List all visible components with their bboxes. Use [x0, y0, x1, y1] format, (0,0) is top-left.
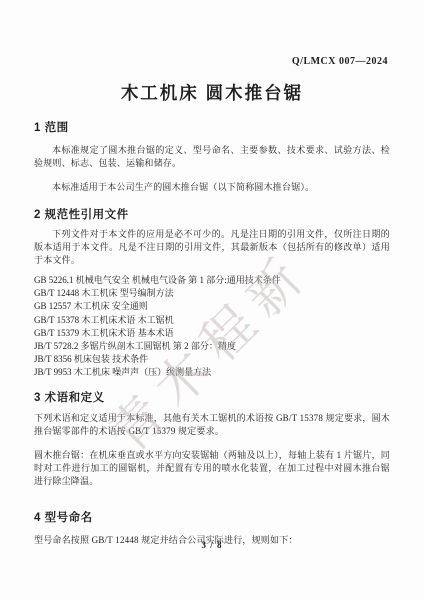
reference-item: GB 5226.1 机械电气安全 机械电气设备 第 1 部分:通用技术条件: [34, 274, 390, 287]
reference-item: JB/T 5728.2 多锯片纵剖木工圆锯机 第 2 部分：精度: [34, 340, 390, 353]
section-heading-references: 2 规范性引用文件: [34, 206, 390, 222]
doc-number: Q/LMCX 007—2024: [34, 56, 390, 67]
document-page: 青木程新 Q/LMCX 007—2024 木工机床 圆木推台锯 1 范围 本标准…: [0, 0, 424, 600]
paragraph: 下列文件对于本文件的应用是必不可少的。凡是注日期的引用文件，仅所注日期的版本适用…: [34, 228, 390, 267]
reference-item: GB 12557 木工机床 安全通则: [34, 300, 390, 313]
paragraph: 下列术语和定义适用于本标准，其他有关木工锯机的术语按 GB/T 15378 规定…: [34, 412, 390, 438]
section-terms-definitions: 3 术语和定义 下列术语和定义适用于本标准，其他有关木工锯机的术语按 GB/T …: [34, 389, 390, 488]
reference-item: GB/T 12448 木工机床 型号编制方法: [34, 287, 390, 300]
reference-item: JB/T 8356 机床包装 技术条件: [34, 353, 390, 366]
section-normative-references: 2 规范性引用文件 下列文件对于本文件的应用是必不可少的。凡是注日期的引用文件，…: [34, 206, 390, 380]
section-heading-scope: 1 范围: [34, 119, 390, 135]
doc-title: 木工机床 圆木推台锯: [34, 80, 390, 105]
paragraph: 圆木推台锯：在机床垂直或水平方向安装锯轴（两轴及以上），每轴上装有 1 片锯片，…: [34, 449, 390, 488]
reference-item: GB/T 15379 木工机床术语 基本术语: [34, 327, 390, 340]
paragraph: 本标准规定了圆木推台锯的定义、型号命名、主要参数、技术要求、试验方法、检验规则、…: [34, 144, 390, 170]
section-heading-terms: 3 术语和定义: [34, 389, 390, 405]
reference-item: GB/T 15378 木工机床术语 木工锯机: [34, 314, 390, 327]
paragraph: 本标准适用于本公司生产的圆木推台锯（以下简称圆木推台锯）。: [34, 181, 390, 194]
page-number: 3 / 8: [0, 540, 424, 550]
section-heading-model: 4 型号命名: [34, 509, 390, 525]
section-scope: 1 范围 本标准规定了圆木推台锯的定义、型号命名、主要参数、技术要求、试验方法、…: [34, 119, 390, 194]
reference-list: GB 5226.1 机械电气安全 机械电气设备 第 1 部分:通用技术条件 GB…: [34, 274, 390, 380]
reference-item: JB/T 9953 木工机床 噪声声（压）级测量方法: [34, 366, 390, 379]
